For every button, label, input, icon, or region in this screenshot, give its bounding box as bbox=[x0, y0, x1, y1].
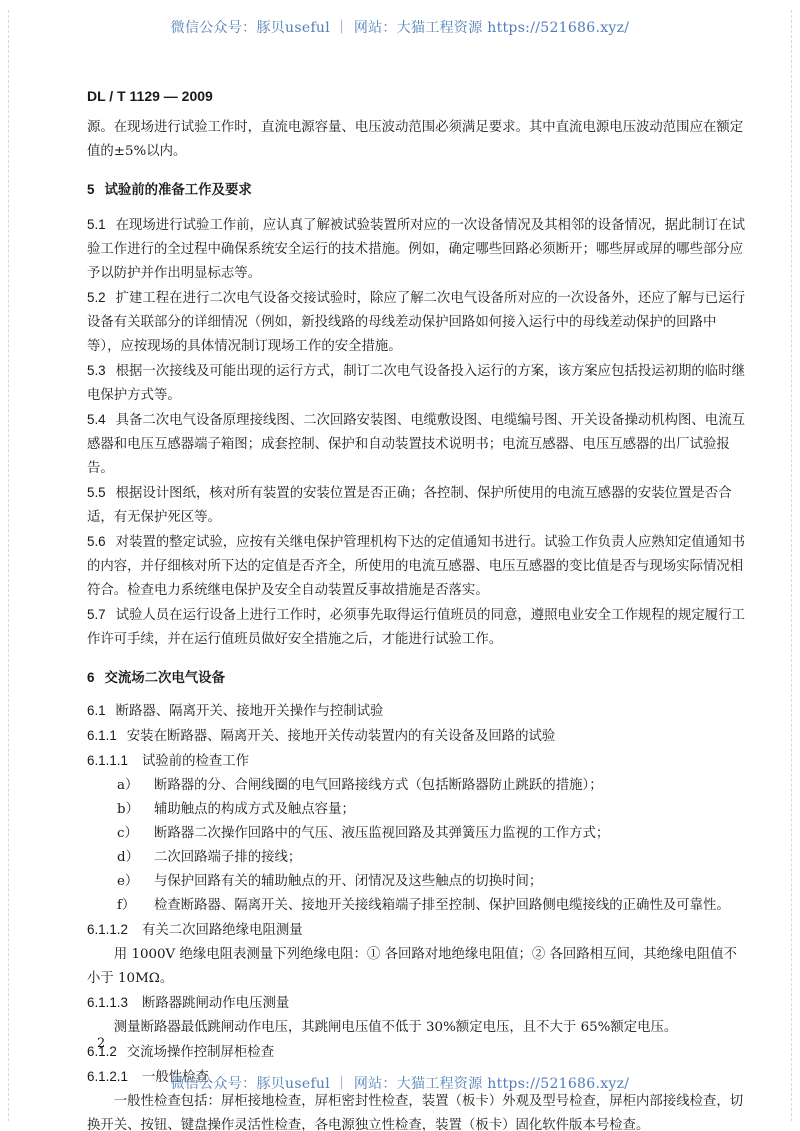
clause-title: 安装在断路器、隔离开关、接地开关传动装置内的有关设备及回路的试验 bbox=[127, 729, 556, 744]
list-item: b）辅助触点的构成方式及触点容量； bbox=[117, 798, 747, 822]
document-body: 源。在现场进行试验工作时，直流电源容量、电压波动范围必须满足要求。其中直流电源电… bbox=[87, 116, 747, 1131]
clause-text: 根据设计图纸，核对所有装置的安装位置是否正确；各控制、保护所使用的电流互感器的安… bbox=[87, 486, 732, 525]
intro-paragraph: 源。在现场进行试验工作时，直流电源容量、电压波动范围必须满足要求。其中直流电源电… bbox=[87, 116, 747, 164]
list-marker: c） bbox=[117, 822, 154, 846]
list-text: 断路器的分、合闸线圈的电气回路接线方式（包括断路器防止跳跃的措施）； bbox=[154, 774, 603, 798]
clause-number: 6.1.1.3 bbox=[87, 995, 128, 1010]
list-marker: d） bbox=[117, 846, 154, 870]
clause-6-1-1-3-text: 测量断路器最低跳闸动作电压，其跳闸电压值不低于 30%额定电压，且不大于 65%… bbox=[87, 1016, 747, 1040]
list-item: d）二次回路端子排的接线； bbox=[117, 846, 747, 870]
checklist: a）断路器的分、合闸线圈的电气回路接线方式（包括断路器防止跳跃的措施）； b）辅… bbox=[87, 774, 747, 918]
section-number: 5 bbox=[87, 182, 94, 197]
clause-text: 在现场进行试验工作前，应认真了解被试验装置所对应的一次设备情况及其相邻的设备情况… bbox=[87, 218, 745, 281]
list-text: 与保护回路有关的辅助触点的开、闭情况及这些触点的切换时间； bbox=[154, 870, 542, 894]
list-text: 辅助触点的构成方式及触点容量； bbox=[154, 798, 355, 822]
page-edge-right bbox=[791, 10, 792, 1121]
clause-number: 5.7 bbox=[87, 607, 106, 622]
clause-number: 5.1 bbox=[87, 217, 106, 232]
clause-title: 试验前的检查工作 bbox=[142, 754, 249, 769]
list-marker: a） bbox=[117, 774, 154, 798]
clause-number: 5.6 bbox=[87, 534, 106, 549]
section-5-heading: 5试验前的准备工作及要求 bbox=[87, 178, 747, 203]
clause-title: 有关二次回路绝缘电阻测量 bbox=[142, 923, 303, 938]
list-item: f）检查断路器、隔离开关、接地开关接线箱端子排至控制、保护回路侧电缆接线的正确性… bbox=[117, 894, 747, 918]
section-6-heading: 6交流场二次电气设备 bbox=[87, 666, 747, 691]
clause-title: 交流场操作控制屏柜检查 bbox=[127, 1045, 274, 1060]
clause-text: 具备二次电气设备原理接线图、二次回路安装图、电缆敷设图、电缆编号图、开关设备操动… bbox=[87, 413, 745, 476]
clause-number: 6.1.1.1 bbox=[87, 753, 128, 768]
clause-6-1-1-1-heading: 6.1.1.1试验前的检查工作 bbox=[87, 749, 747, 774]
clause-number: 6.1.1 bbox=[87, 728, 117, 743]
clause-6-1-1-2-text: 用 1000V 绝缘电阻表测量下列绝缘电阻：① 各回路对地绝缘电阻值；② 各回路… bbox=[87, 943, 747, 991]
clause-number: 5.5 bbox=[87, 485, 106, 500]
list-marker: b） bbox=[117, 798, 154, 822]
clause-5-7: 5.7试验人员在运行设备上进行工作时，必须事先取得运行值班员的同意，遵照电业安全… bbox=[87, 603, 747, 652]
section-title: 交流场二次电气设备 bbox=[104, 671, 225, 686]
clause-number: 6.1 bbox=[87, 703, 106, 718]
clause-title: 断路器跳闸动作电压测量 bbox=[142, 996, 289, 1011]
clause-5-3: 5.3根据一次接线及可能出现的运行方式，制订二次电气设备投入运行的方案，该方案应… bbox=[87, 359, 747, 408]
clause-6-1-2-heading: 6.1.2交流场操作控制屏柜检查 bbox=[87, 1040, 747, 1065]
clause-number: 5.3 bbox=[87, 363, 106, 378]
clause-title: 断路器、隔离开关、接地开关操作与控制试验 bbox=[116, 704, 384, 719]
section-title: 试验前的准备工作及要求 bbox=[104, 183, 251, 198]
clause-6-1-2-1-text: 一般性检查包括：屏柜接地检查，屏柜密封性检查，装置（板卡）外观及型号检查，屏柜内… bbox=[87, 1090, 747, 1131]
section-number: 6 bbox=[87, 670, 94, 685]
clause-number: 6.1.1.2 bbox=[87, 922, 128, 937]
clause-5-6: 5.6对装置的整定试验，应按有关继电保护管理机构下达的定值通知书进行。试验工作负… bbox=[87, 530, 747, 603]
page-edge-left bbox=[8, 10, 9, 1121]
list-text: 检查断路器、隔离开关、接地开关接线箱端子排至控制、保护回路侧电缆接线的正确性及可… bbox=[154, 894, 730, 918]
list-marker: f） bbox=[117, 894, 154, 918]
list-text: 二次回路端子排的接线； bbox=[154, 846, 301, 870]
clause-text: 根据一次接线及可能出现的运行方式，制订二次电气设备投入运行的方案，该方案应包括投… bbox=[87, 364, 745, 403]
watermark-bottom: 微信公众号：豚贝useful ｜ 网站：大猫工程资源 https://52168… bbox=[0, 1073, 800, 1093]
clause-6-1-1-heading: 6.1.1安装在断路器、隔离开关、接地开关传动装置内的有关设备及回路的试验 bbox=[87, 724, 747, 749]
clause-text: 试验人员在运行设备上进行工作时，必须事先取得运行值班员的同意，遵照电业安全工作规… bbox=[87, 608, 745, 647]
clause-number: 5.2 bbox=[87, 290, 106, 305]
clause-text: 对装置的整定试验，应按有关继电保护管理机构下达的定值通知书进行。试验工作负责人应… bbox=[87, 535, 745, 598]
list-marker: e） bbox=[117, 870, 154, 894]
list-item: c）断路器二次操作回路中的气压、液压监视回路及其弹簧压力监视的工作方式； bbox=[117, 822, 747, 846]
clause-5-2: 5.2扩建工程在进行二次电气设备交接试验时，除应了解二次电气设备所对应的一次设备… bbox=[87, 286, 747, 359]
clause-5-4: 5.4具备二次电气设备原理接线图、二次回路安装图、电缆敷设图、电缆编号图、开关设… bbox=[87, 408, 747, 481]
clause-6-1-1-3-heading: 6.1.1.3断路器跳闸动作电压测量 bbox=[87, 991, 747, 1016]
list-text: 断路器二次操作回路中的气压、液压监视回路及其弹簧压力监视的工作方式； bbox=[154, 822, 609, 846]
clause-6-1-1-2-heading: 6.1.1.2有关二次回路绝缘电阻测量 bbox=[87, 918, 747, 943]
clause-5-5: 5.5根据设计图纸，核对所有装置的安装位置是否正确；各控制、保护所使用的电流互感… bbox=[87, 481, 747, 530]
clause-number: 5.4 bbox=[87, 412, 106, 427]
clause-text: 扩建工程在进行二次电气设备交接试验时，除应了解二次电气设备所对应的一次设备外，还… bbox=[87, 291, 745, 354]
watermark-top: 微信公众号：豚贝useful ｜ 网站：大猫工程资源 https://52168… bbox=[0, 17, 800, 37]
list-item: e）与保护回路有关的辅助触点的开、闭情况及这些触点的切换时间； bbox=[117, 870, 747, 894]
clause-5-1: 5.1在现场进行试验工作前，应认真了解被试验装置所对应的一次设备情况及其相邻的设… bbox=[87, 213, 747, 286]
document-code: DL / T 1129 — 2009 bbox=[87, 88, 213, 104]
list-item: a）断路器的分、合闸线圈的电气回路接线方式（包括断路器防止跳跃的措施）； bbox=[117, 774, 747, 798]
clause-6-1-heading: 6.1断路器、隔离开关、接地开关操作与控制试验 bbox=[87, 699, 747, 724]
page-number: 2 bbox=[97, 1036, 105, 1051]
